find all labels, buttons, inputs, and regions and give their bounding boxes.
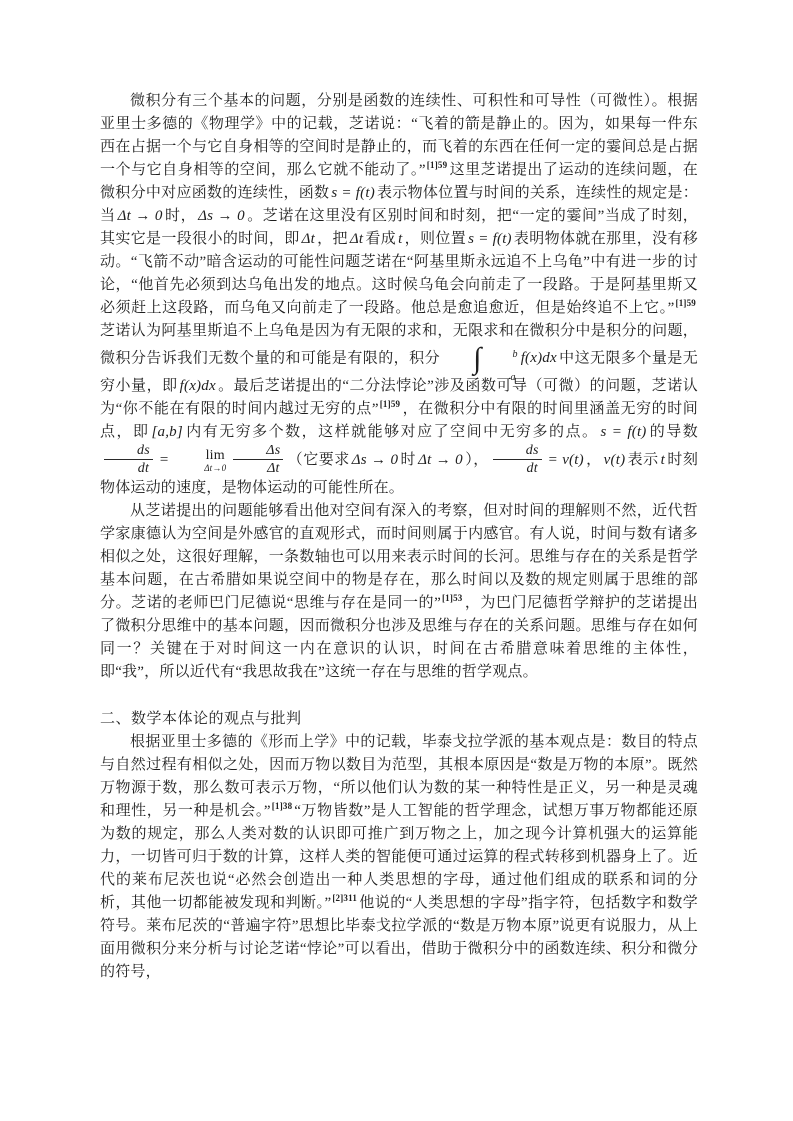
text-run: ，把 [317, 231, 348, 247]
text-run: ）， [465, 452, 489, 468]
limit-word: lim [176, 449, 225, 463]
limit-subscript: Δt→0 [174, 464, 226, 473]
paragraph-space-time-thought: 从芝诺提出的问题能够看出他对空间有深入的考察，但对时间的理解则不然，近代哲学家康… [100, 500, 698, 684]
citation-ref: [1]59 [380, 399, 401, 409]
inline-math: Δt [348, 231, 365, 247]
math-fraction: dsdt [104, 443, 153, 476]
citation-ref: [2]311 [332, 893, 357, 903]
paragraph-math-ontology: 根据亚里士多德的《形而上学》中的记载，毕泰戈拉学派的基本观点是：数目的特点与自然… [100, 731, 698, 984]
inline-math: Δs → 0 [350, 452, 400, 468]
inline-math: [a,b] [149, 424, 184, 440]
inline-math: Δt → 0 [116, 208, 165, 224]
math-limit: limΔt→0 [174, 449, 226, 473]
integral-lower-bound: a [480, 366, 515, 389]
fraction-denominator: dt [497, 460, 538, 476]
citation-ref: [1]38 [272, 801, 293, 811]
text-run: ，则位置 [404, 231, 466, 247]
fraction-numerator: Δs [233, 443, 283, 460]
text-run: 的导数 [649, 424, 698, 440]
integral-sign: ∫ [443, 343, 481, 375]
fraction-denominator: Δt [237, 460, 280, 476]
fraction-numerator: ds [493, 443, 542, 460]
text-run: 内有无穷多个数，这样就能够对应了空间中无穷多的点。 [185, 424, 599, 440]
text-run: 看成 [365, 231, 396, 247]
inline-math: s = f(t) [599, 424, 649, 440]
inline-math: = v(t) [546, 452, 586, 468]
inline-math: s = f(t) [329, 185, 377, 201]
paragraph-calculus-zeno: 微积分有三个基本的问题，分别是函数的连续性、可积性和可导性（可微性）。根据亚里士… [100, 90, 698, 500]
text-run: 表示 [627, 452, 658, 468]
fraction-denominator: dt [108, 460, 149, 476]
text-run: ， [586, 452, 602, 468]
inline-math: f(x)dx [178, 378, 218, 394]
integral-upper-bound: b [482, 343, 517, 366]
text-run: 时 [400, 452, 416, 468]
text-run: 时， [165, 208, 197, 224]
section-heading-math-ontology: 二、数学本体论的观点与批判 [100, 708, 698, 731]
inline-math: Δt → 0 [416, 452, 465, 468]
inline-math: s = f(t) [466, 231, 514, 247]
citation-ref: [1]59 [676, 298, 697, 308]
integral-bounds: ba [482, 343, 517, 375]
inline-math: v(t) [602, 452, 628, 468]
citation-ref: [1]59 [427, 160, 448, 170]
inline-math: Δs → 0 [196, 208, 247, 224]
inline-math: f(x)dx [519, 350, 559, 366]
inline-math: Δt [300, 231, 317, 247]
math-fraction: ΔsΔt [233, 443, 283, 476]
document-page: 微积分有三个基本的问题，分别是函数的连续性、可积性和可导性（可微性）。根据亚里士… [0, 0, 793, 1121]
text-run: （它要求 [287, 452, 349, 468]
integral-symbol: ∫ba [443, 343, 518, 375]
math-fraction: dsdt [493, 443, 542, 476]
inline-math: t [659, 452, 667, 468]
inline-math: = [157, 452, 171, 468]
citation-ref: [1]53 [442, 593, 463, 603]
fraction-numerator: ds [104, 443, 153, 460]
